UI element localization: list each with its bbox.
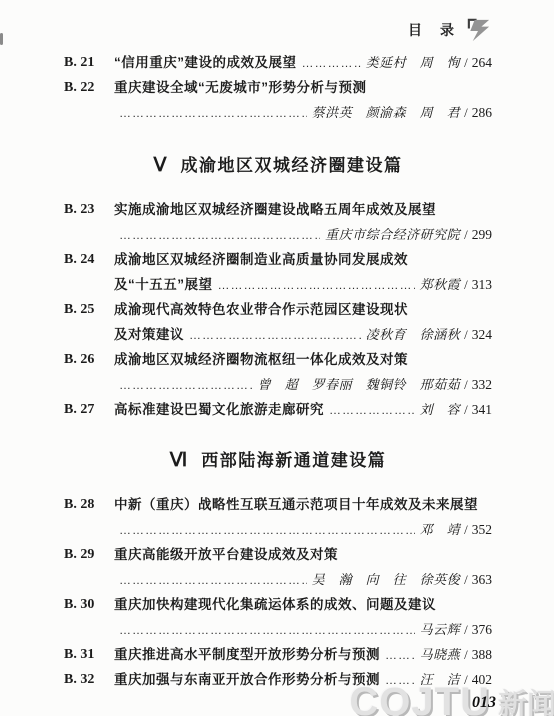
entry-authors: 重庆市综合经济研究院 — [325, 222, 460, 247]
dot-leader: …………………………………………………………………………………………………………… — [218, 273, 415, 298]
entry-number: B. 31 — [64, 642, 114, 667]
entry-number: B. 26 — [64, 347, 114, 397]
entry-lines: 中新（重庆）战略性互联互通示范项目十年成效及未来展望……………………………………… — [114, 492, 492, 542]
entry-line: “信用重庆”建设的成效及展望……………………………………………………………………… — [114, 50, 492, 75]
entry-number: B. 25 — [64, 297, 114, 347]
entry-authors: 邓 靖 — [420, 517, 461, 542]
entry-line: …………………………………………………………………………………………………………… — [114, 567, 492, 592]
page-separator: / — [464, 397, 468, 422]
entry-title: “信用重庆”建设的成效及展望 — [114, 50, 297, 75]
entry-page: 324 — [472, 322, 492, 347]
toc-entry: B. 25成渝现代高效特色农业带合作示范园区建设现状及对策建议………………………… — [64, 297, 492, 347]
section-title: 西部陆海新通道建设篇 — [201, 446, 386, 476]
page-separator: / — [464, 617, 468, 642]
entry-number: B. 30 — [64, 592, 114, 642]
dot-leader: …………………………………………………………………………………………………………… — [189, 323, 361, 348]
entry-title: 及“十五五”展望 — [114, 272, 213, 297]
page-separator: / — [464, 222, 468, 247]
entry-title: 重庆高能级开放平台建设成效及对策 — [114, 542, 338, 567]
watermark-latin: CQJTU — [349, 682, 490, 716]
entry-line: …………………………………………………………………………………………………………… — [114, 617, 492, 642]
entry-authors: 郑秋霞 — [420, 272, 461, 297]
section-numeral: Ⅵ — [170, 446, 188, 476]
entry-lines: 成渝地区双城经济圈制造业高质量协同发展成效及“十五五”展望……………………………… — [114, 247, 492, 297]
entry-authors: 马云辉 — [420, 617, 461, 642]
section-title: 成渝地区双城经济圈建设篇 — [181, 151, 403, 181]
toc-entry: B. 31重庆推进高水平制度型开放形势分析与预测…………………………………………… — [64, 642, 492, 667]
dot-leader: …………………………………………………………………………………………………………… — [119, 568, 307, 593]
entry-line: 及对策建议……………………………………………………………………………………………… — [114, 322, 492, 347]
entry-lines: 重庆建设全域“无废城市”形势分析与预测………………………………………………………… — [114, 75, 492, 125]
page-separator: / — [464, 100, 468, 125]
entry-page: 332 — [472, 372, 492, 397]
entry-line: 成渝现代高效特色农业带合作示范园区建设现状 — [114, 297, 492, 322]
dot-leader: …………………………………………………………………………………………………………… — [119, 223, 320, 248]
toc-entry: B. 22重庆建设全域“无废城市”形势分析与预测…………………………………………… — [64, 75, 492, 125]
entry-line: 及“十五五”展望……………………………………………………………………………………… — [114, 272, 492, 297]
entry-authors: 马晓燕 — [420, 642, 461, 667]
entry-title: 成渝地区双城经济圈制造业高质量协同发展成效 — [114, 247, 408, 272]
entry-page: 363 — [472, 567, 492, 592]
toc-page: 目 录 B. 21“信用重庆”建设的成效及展望……………………………………………… — [0, 0, 554, 716]
entry-line: 高标准建设巴蜀文化旅游走廊研究…………………………………………………………………… — [114, 397, 492, 422]
entry-title: 重庆加强与东南亚开放合作形势分析与预测 — [114, 667, 380, 692]
toc-entry: B. 24成渝地区双城经济圈制造业高质量协同发展成效及“十五五”展望………………… — [64, 247, 492, 297]
entry-number: B. 27 — [64, 397, 114, 422]
page-separator: / — [464, 372, 468, 397]
entry-page: 352 — [472, 517, 492, 542]
entry-authors: 蔡洪英 颜渝森 周 君 — [312, 100, 461, 125]
entry-title: 成渝现代高效特色农业带合作示范园区建设现状 — [114, 297, 408, 322]
entry-lines: 成渝地区双城经济圈物流枢纽一体化成效及对策…………………………………………………… — [114, 347, 492, 397]
entry-number: B. 28 — [64, 492, 114, 542]
entry-number: B. 24 — [64, 247, 114, 297]
toc-entry: B. 26成渝地区双城经济圈物流枢纽一体化成效及对策……………………………………… — [64, 347, 492, 397]
entry-title: 重庆加快构建现代化集疏运体系的成效、问题及建议 — [114, 592, 436, 617]
entry-page: 388 — [472, 642, 492, 667]
entry-number: B. 29 — [64, 542, 114, 592]
dot-leader: …………………………………………………………………………………………………………… — [302, 51, 361, 76]
watermark-cjk: 新闻 — [498, 690, 554, 716]
page-separator: / — [464, 322, 468, 347]
entry-authors: 刘 容 — [420, 397, 461, 422]
entry-authors: 曾 超 罗春丽 魏铜铃 邢茹茹 — [258, 372, 461, 397]
entry-page: 376 — [472, 617, 492, 642]
entry-page: 313 — [472, 272, 492, 297]
entry-lines: 重庆加快构建现代化集疏运体系的成效、问题及建议……………………………………………… — [114, 592, 492, 642]
toc-entry: B. 27高标准建设巴蜀文化旅游走廊研究……………………………………………………… — [64, 397, 492, 422]
page-separator: / — [464, 567, 468, 592]
page-separator: / — [464, 642, 468, 667]
entry-line: …………………………………………………………………………………………………………… — [114, 222, 492, 247]
entry-number: B. 21 — [64, 50, 114, 75]
entry-number: B. 22 — [64, 75, 114, 125]
section-numeral: Ⅴ — [154, 151, 167, 181]
page-separator: / — [464, 272, 468, 297]
dot-leader: …………………………………………………………………………………………………………… — [119, 618, 415, 643]
dot-leader: …………………………………………………………………………………………………………… — [119, 373, 253, 398]
series-logo-icon — [465, 16, 492, 43]
entry-lines: 高标准建设巴蜀文化旅游走廊研究…………………………………………………………………… — [114, 397, 492, 422]
entry-number: B. 23 — [64, 197, 114, 247]
dot-leader: …………………………………………………………………………………………………………… — [119, 101, 307, 126]
dot-leader: …………………………………………………………………………………………………………… — [385, 643, 415, 668]
page-separator: / — [464, 517, 468, 542]
entry-line: 重庆加快构建现代化集疏运体系的成效、问题及建议 — [114, 592, 492, 617]
entry-lines: 成渝现代高效特色农业带合作示范园区建设现状及对策建议……………………………………… — [114, 297, 492, 347]
dot-leader: …………………………………………………………………………………………………………… — [329, 398, 415, 423]
toc-entry: B. 30重庆加快构建现代化集疏运体系的成效、问题及建议………………………………… — [64, 592, 492, 642]
entry-line: 重庆推进高水平制度型开放形势分析与预测………………………………………………………… — [114, 642, 492, 667]
toc-entry: B. 23实施成渝地区双城经济圈建设战略五周年成效及展望………………………………… — [64, 197, 492, 247]
entry-lines: 重庆推进高水平制度型开放形势分析与预测………………………………………………………… — [114, 642, 492, 667]
entry-line: …………………………………………………………………………………………………………… — [114, 100, 492, 125]
dot-leader: …………………………………………………………………………………………………………… — [119, 518, 415, 543]
entry-line: …………………………………………………………………………………………………………… — [114, 372, 492, 397]
entry-lines: 实施成渝地区双城经济圈建设战略五周年成效及展望……………………………………………… — [114, 197, 492, 247]
entry-authors: 类延村 周 恂 — [366, 50, 461, 75]
entry-authors: 凌秋育 徐涵秋 — [366, 322, 461, 347]
entry-page: 341 — [472, 397, 492, 422]
page-number: 013 — [472, 694, 496, 712]
toc-section-heading: Ⅴ成渝地区双城经济圈建设篇 — [64, 151, 492, 181]
entry-line: 重庆高能级开放平台建设成效及对策 — [114, 542, 492, 567]
entry-lines: 重庆高能级开放平台建设成效及对策………………………………………………………………… — [114, 542, 492, 592]
entry-number: B. 32 — [64, 667, 114, 692]
entry-authors: 吴 瀚 向 往 徐英俊 — [312, 567, 461, 592]
entry-line: 实施成渝地区双城经济圈建设战略五周年成效及展望 — [114, 197, 492, 222]
watermark: CQJTU 新闻 — [349, 682, 554, 716]
entry-line: 重庆建设全域“无废城市”形势分析与预测 — [114, 75, 492, 100]
entry-title: 及对策建议 — [114, 322, 184, 347]
entry-title: 实施成渝地区双城经济圈建设战略五周年成效及展望 — [114, 197, 436, 222]
entry-page: 264 — [472, 50, 492, 75]
entry-title: 重庆推进高水平制度型开放形势分析与预测 — [114, 642, 380, 667]
page-title: 目 录 — [408, 20, 456, 40]
page-separator: / — [464, 50, 468, 75]
scan-artifact — [0, 33, 3, 45]
toc-list: B. 21“信用重庆”建设的成效及展望………………………………………………………… — [64, 50, 492, 692]
page-header: 目 录 — [408, 16, 492, 43]
entry-lines: “信用重庆”建设的成效及展望……………………………………………………………………… — [114, 50, 492, 75]
toc-entry: B. 21“信用重庆”建设的成效及展望………………………………………………………… — [64, 50, 492, 75]
entry-line: …………………………………………………………………………………………………………… — [114, 517, 492, 542]
entry-line: 成渝地区双城经济圈制造业高质量协同发展成效 — [114, 247, 492, 272]
entry-page: 299 — [472, 222, 492, 247]
entry-title: 重庆建设全域“无废城市”形势分析与预测 — [114, 75, 367, 100]
entry-title: 成渝地区双城经济圈物流枢纽一体化成效及对策 — [114, 347, 408, 372]
entry-page: 286 — [472, 100, 492, 125]
toc-entry: B. 29重庆高能级开放平台建设成效及对策…………………………………………………… — [64, 542, 492, 592]
entry-title: 中新（重庆）战略性互联互通示范项目十年成效及未来展望 — [114, 492, 478, 517]
entry-title: 高标准建设巴蜀文化旅游走廊研究 — [114, 397, 324, 422]
toc-section-heading: Ⅵ西部陆海新通道建设篇 — [64, 446, 492, 476]
entry-line: 中新（重庆）战略性互联互通示范项目十年成效及未来展望 — [114, 492, 492, 517]
entry-line: 成渝地区双城经济圈物流枢纽一体化成效及对策 — [114, 347, 492, 372]
toc-entry: B. 28中新（重庆）战略性互联互通示范项目十年成效及未来展望………………………… — [64, 492, 492, 542]
